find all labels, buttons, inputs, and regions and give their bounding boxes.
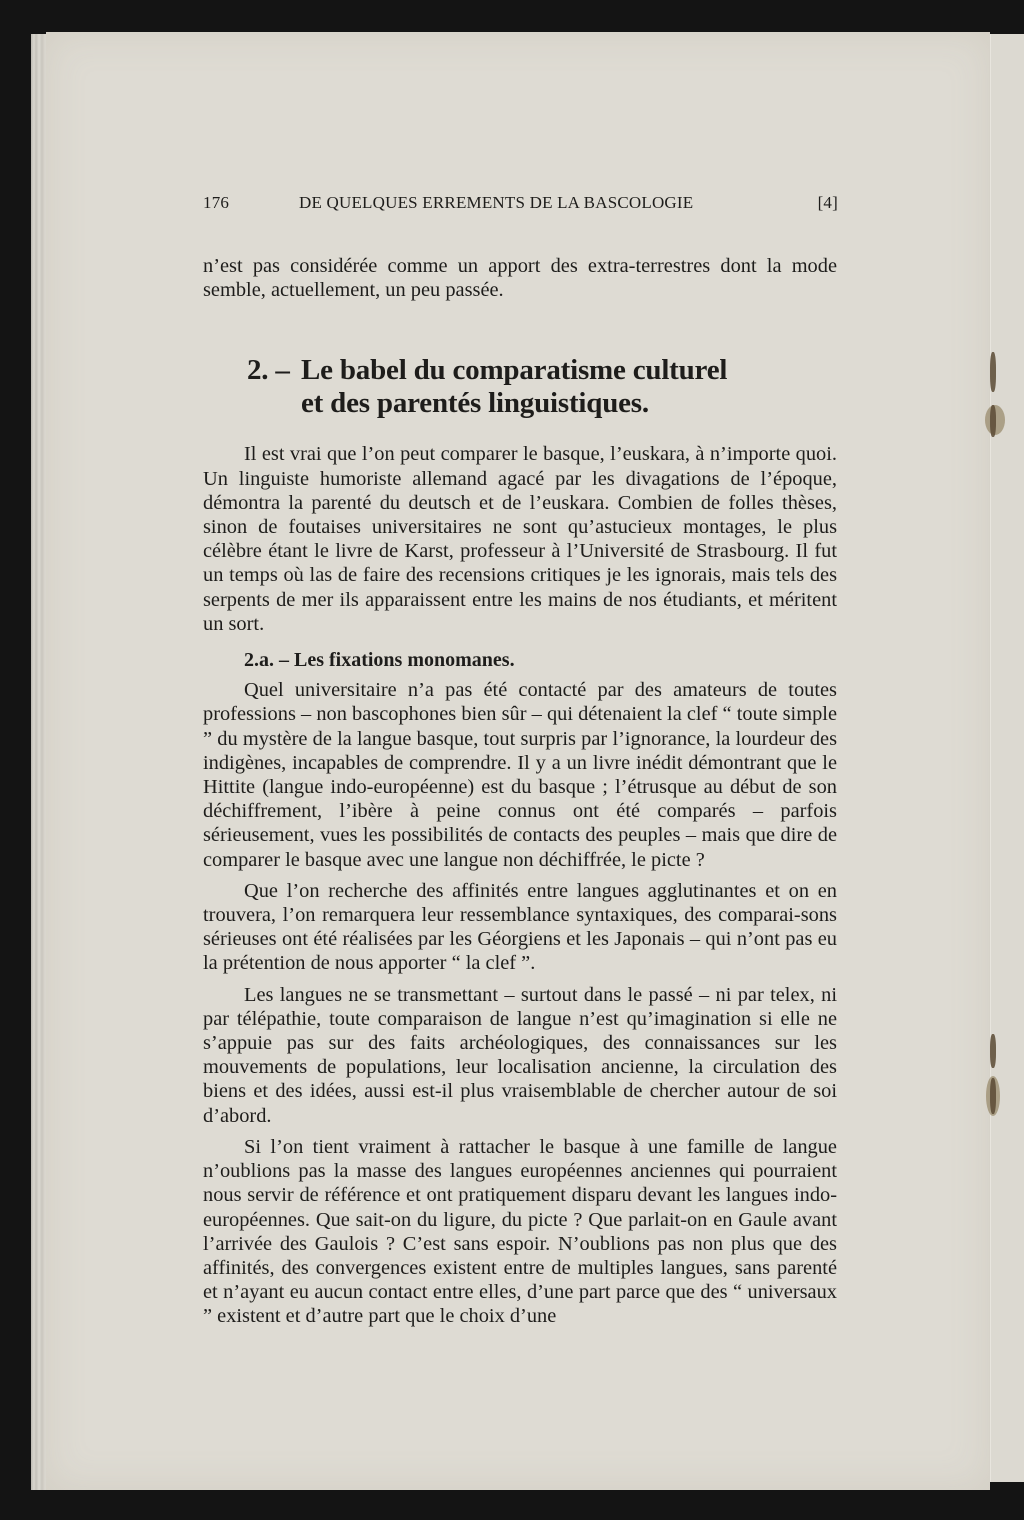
section-title-line-1: Le babel du comparatisme culturel bbox=[301, 354, 727, 386]
running-title: DE QUELQUES ERREMENTS DE LA BASCOLOGIE bbox=[299, 193, 693, 213]
section-title-line-2: et des parentés linguistiques. bbox=[247, 387, 837, 420]
paragraph: Il est vrai que l’on peut comparer le ba… bbox=[203, 442, 837, 636]
staple-mark-lower-1 bbox=[990, 1034, 996, 1068]
paragraph: Quel universitaire n’a pas été contacté … bbox=[203, 678, 837, 872]
facing-page-edge bbox=[990, 34, 1024, 1482]
page-number: 176 bbox=[203, 193, 229, 213]
running-head: 176 DE QUELQUES ERREMENTS DE LA BASCOLOG… bbox=[203, 193, 838, 217]
staple-mark-upper-1 bbox=[990, 352, 996, 392]
paragraph: Les langues ne se transmettant – surtout… bbox=[203, 983, 837, 1128]
section-reference: [4] bbox=[818, 193, 838, 213]
paragraph: Que l’on recherche des affinités entre l… bbox=[203, 879, 837, 976]
paragraph: Si l’on tient vraiment à rattacher le ba… bbox=[203, 1135, 837, 1329]
page-body: n’est pas considérée comme un apport des… bbox=[203, 254, 837, 1329]
staple-mark-lower-2 bbox=[990, 1078, 996, 1114]
continuation-paragraph: n’est pas considérée comme un apport des… bbox=[203, 254, 837, 302]
staple-mark-upper-2 bbox=[990, 405, 996, 437]
subsection-heading: 2.a. – Les fixations monomanes. bbox=[244, 648, 837, 672]
section-number: 2. – bbox=[247, 354, 301, 387]
section-heading: 2. –Le babel du comparatisme culturel et… bbox=[247, 354, 837, 420]
